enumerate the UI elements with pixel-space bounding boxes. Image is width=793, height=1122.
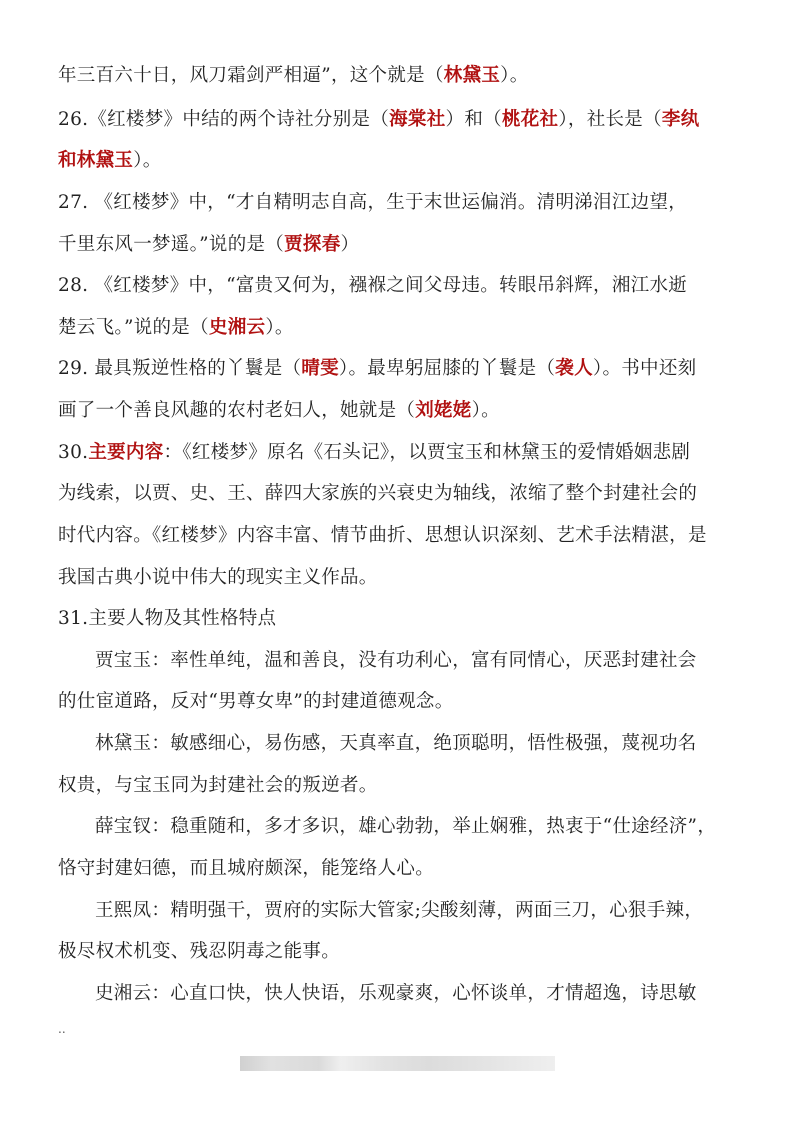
answer-highlight: 桃花社: [502, 109, 558, 130]
body-text: 权贵，与宝玉同为封建社会的叛逆者。: [58, 775, 378, 796]
body-text: 画了一个善良风趣的农村老妇人，她就是（: [58, 400, 415, 421]
body-text: 恪守封建妇德，而且城府颇深，能笼络人心。: [58, 858, 434, 879]
text-line: 权贵，与宝玉同为封建社会的叛逆者。: [58, 773, 378, 799]
answer-highlight: 贾探春: [284, 234, 340, 255]
text-line: 30.主要内容：《红楼梦》原名《石头记》，以贾宝玉和林黛玉的爱情婚姻悲剧: [58, 440, 690, 466]
text-line: 我国古典小说中伟大的现实主义作品。: [58, 565, 378, 591]
body-text: 26.《红楼梦》中结的两个诗社分别是（: [58, 109, 389, 130]
body-text: 年三百六十日，风刀霜剑严相逼”，这个就是（: [58, 65, 444, 86]
answer-highlight: 袭人: [555, 358, 593, 379]
body-text: 28. 《红楼梦》中，“富贵又何为，襁褓之间父母违。转眼吊斜辉，湘江水逝: [58, 275, 687, 296]
continuation-marks: ..: [58, 1022, 66, 1036]
text-line: 薛宝钗：稳重随和，多才多识，雄心勃勃，举止娴雅，热衷于“仕途经济”，: [95, 814, 716, 840]
body-text: 我国古典小说中伟大的现实主义作品。: [58, 567, 378, 588]
body-text: 极尽权术机变、残忍阴毒之能事。: [58, 941, 340, 962]
text-line: 贾宝玉：率性单纯，温和善良，没有功利心，富有同情心，厌恶封建社会: [95, 648, 697, 674]
text-line: 千里东风一梦遥。”说的是（贾探春）: [58, 232, 359, 258]
body-text: 千里东风一梦遥。”说的是（: [58, 234, 284, 255]
body-text: ）。: [265, 317, 293, 338]
text-line: 画了一个善良风趣的农村老妇人，她就是（刘姥姥）。: [58, 398, 500, 424]
text-line: 31.主要人物及其性格特点: [58, 606, 276, 632]
answer-highlight: 刘姥姥: [415, 400, 471, 421]
body-text: ），社长是（: [558, 109, 662, 130]
body-text: 31.主要人物及其性格特点: [58, 608, 276, 629]
text-line: 和林黛玉）。: [58, 148, 162, 174]
text-line: 极尽权术机变、残忍阴毒之能事。: [58, 939, 340, 965]
body-text: ）。书中还刻: [593, 358, 697, 379]
body-text: 27. 《红楼梦》中，“才自精明志自高，生于末世运偏消。清明涕泪江边望，: [58, 192, 687, 213]
body-text: 贾宝玉：率性单纯，温和善良，没有功利心，富有同情心，厌恶封建社会: [95, 650, 697, 671]
body-text: ）。最卑躬屈膝的丫鬟是（: [339, 358, 555, 379]
text-line: 时代内容。《红楼梦》内容丰富、情节曲折、思想认识深刻、艺术手法精湛，是: [58, 523, 707, 549]
text-line: 林黛玉：敏感细心，易伤感，天真率直，绝顶聪明，悟性极强，蔑视功名: [95, 731, 697, 757]
answer-highlight: 晴雯: [301, 358, 339, 379]
body-text: 王熙凤：精明强干，贾府的实际大管家;尖酸刻薄，两面三刀，心狠手辣，: [95, 900, 703, 921]
body-text: 30.: [58, 442, 88, 463]
text-line: 年三百六十日，风刀霜剑严相逼”，这个就是（林黛玉）。: [58, 63, 529, 89]
text-line: 王熙凤：精明强干，贾府的实际大管家;尖酸刻薄，两面三刀，心狠手辣，: [95, 898, 703, 924]
answer-highlight: 林黛玉: [444, 65, 500, 86]
text-line: 的仕宦道路，反对“男尊女卑”的封建道德观念。: [58, 689, 454, 715]
body-text: 时代内容。《红楼梦》内容丰富、情节曲折、思想认识深刻、艺术手法精湛，是: [58, 525, 707, 546]
body-text: ）。: [472, 400, 500, 421]
body-text: 29. 最具叛逆性格的丫鬟是（: [58, 358, 301, 379]
body-text: 楚云飞。”说的是（: [58, 317, 209, 338]
text-line: 28. 《红楼梦》中，“富贵又何为，襁褓之间父母违。转眼吊斜辉，湘江水逝: [58, 273, 687, 299]
text-line: 29. 最具叛逆性格的丫鬟是（晴雯）。最卑躬屈膝的丫鬟是（袭人）。书中还刻: [58, 356, 696, 382]
text-line: 恪守封建妇德，而且城府颇深，能笼络人心。: [58, 856, 434, 882]
body-text: ）。: [133, 150, 161, 171]
body-text: ）: [341, 234, 360, 255]
body-text: 的仕宦道路，反对“男尊女卑”的封建道德观念。: [58, 691, 454, 712]
answer-highlight: 史湘云: [209, 317, 265, 338]
body-text: 林黛玉：敏感细心，易伤感，天真率直，绝顶聪明，悟性极强，蔑视功名: [95, 733, 697, 754]
body-text: 史湘云：心直口快，快人快语，乐观豪爽，心怀谈单，才情超逸，诗思敏: [95, 983, 697, 1004]
body-text: ）。: [500, 65, 528, 86]
text-line: 27. 《红楼梦》中，“才自精明志自高，生于末世运偏消。清明涕泪江边望，: [58, 190, 687, 216]
body-text: ：《红楼梦》原名《石头记》，以贾宝玉和林黛玉的爱情婚姻悲剧: [164, 442, 691, 463]
body-text: 薛宝钗：稳重随和，多才多识，雄心勃勃，举止娴雅，热衷于“仕途经济”，: [95, 816, 716, 837]
answer-highlight: 海棠社: [389, 109, 445, 130]
text-line: 为线索，以贾、史、王、薛四大家族的兴衰史为轴线，浓缩了整个封建社会的: [58, 481, 697, 507]
answer-highlight: 李纨: [662, 109, 700, 130]
body-text: ）和（: [446, 109, 502, 130]
text-line: 26.《红楼梦》中结的两个诗社分别是（海棠社）和（桃花社），社长是（李纨: [58, 107, 700, 133]
text-line: 楚云飞。”说的是（史湘云）。: [58, 315, 294, 341]
text-line: 史湘云：心直口快，快人快语，乐观豪爽，心怀谈单，才情超逸，诗思敏: [95, 981, 697, 1007]
answer-highlight: 主要内容: [88, 442, 163, 463]
answer-highlight: 和林黛玉: [58, 150, 133, 171]
blurred-watermark: [240, 1056, 555, 1071]
body-text: 为线索，以贾、史、王、薛四大家族的兴衰史为轴线，浓缩了整个封建社会的: [58, 483, 697, 504]
